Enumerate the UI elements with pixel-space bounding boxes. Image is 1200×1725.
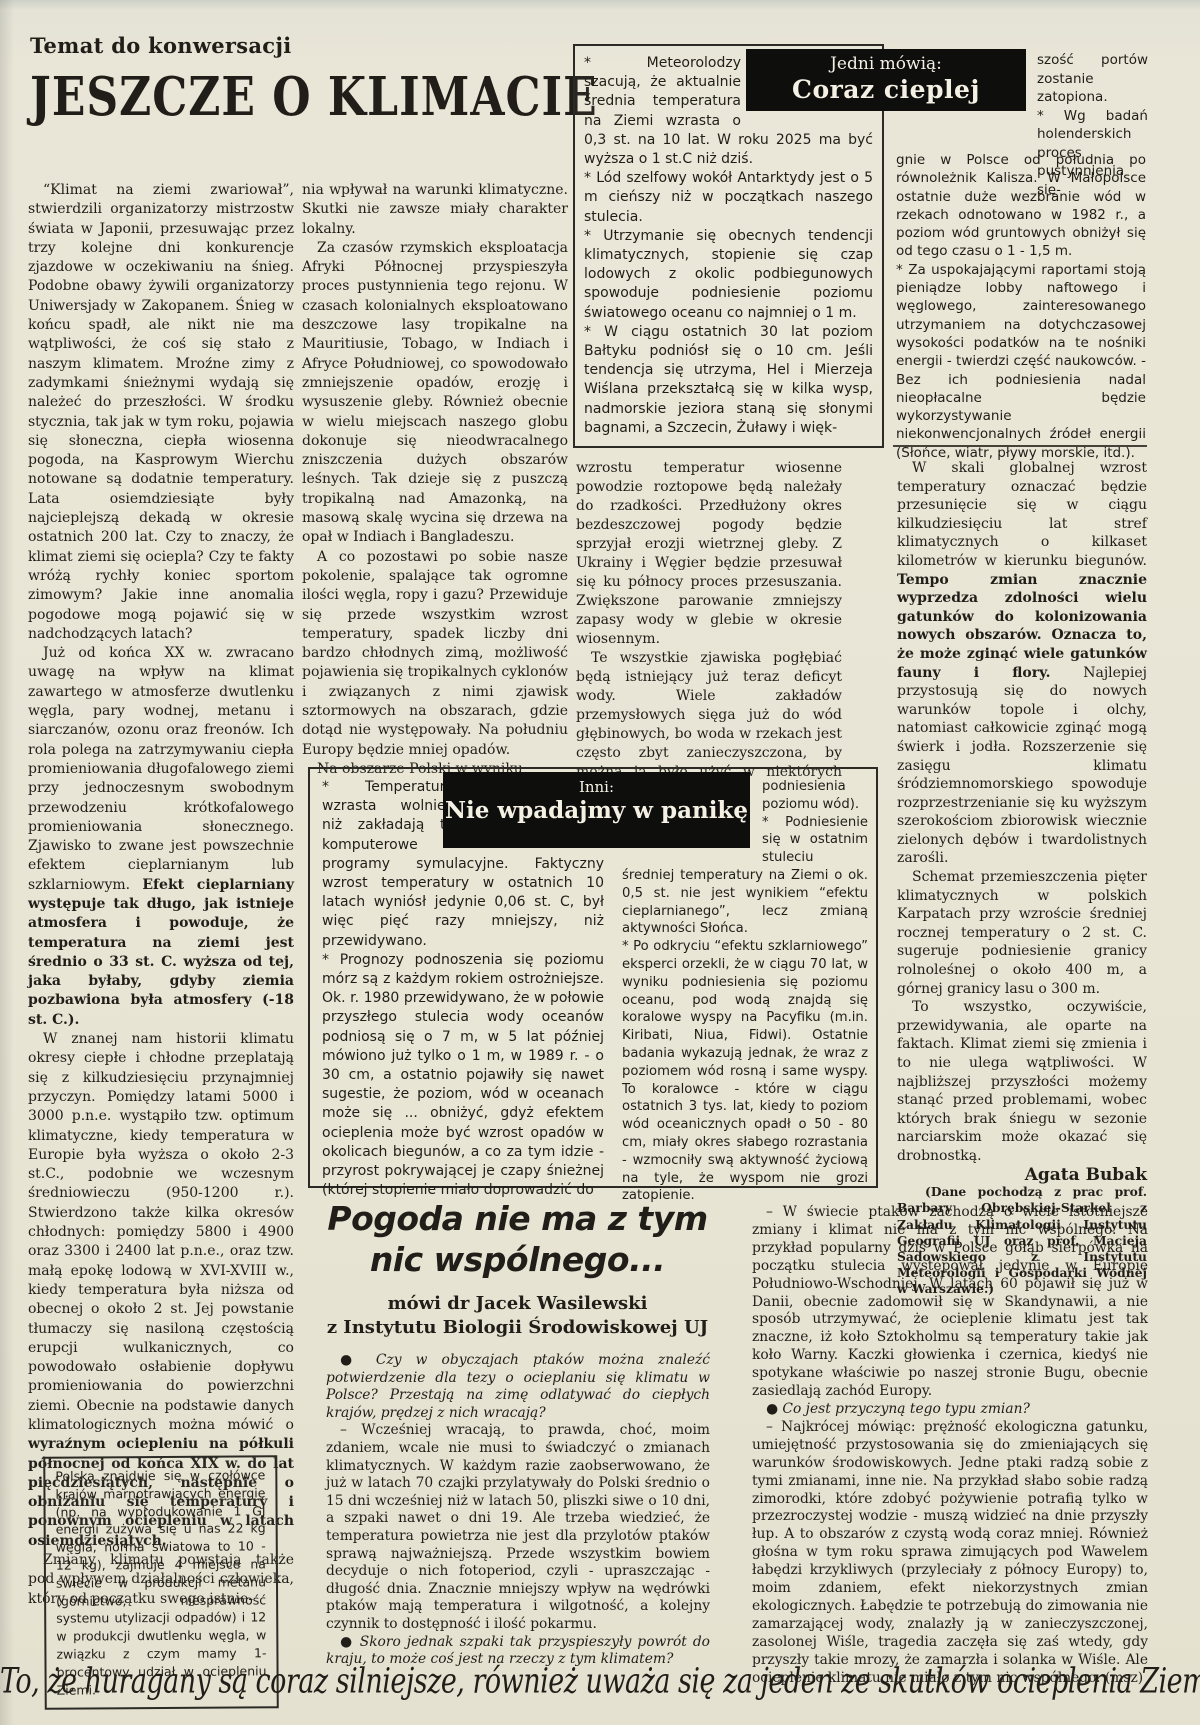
page-title: JESZCZE O KLIMACIE [30, 66, 535, 128]
article-paragraph: “Klimat na ziemi zwariował”, stwierdzili… [28, 181, 294, 644]
claims-continuation-wide: gnie w Polsce od południa po równoleżnik… [896, 151, 1146, 462]
interview-question: ● Czy w obyczajach ptaków można znaleźć … [326, 1352, 710, 1422]
author-byline: Agata Bubak [897, 1166, 1147, 1185]
article-column-3: wzrostu temperatur wiosenne powodzie roz… [576, 459, 842, 801]
claim-item: * Lód szelfowy wokół Antarktydy jest o 5… [584, 169, 873, 227]
article-paragraph: Schemat przemieszczenia pięter klimatycz… [897, 868, 1147, 998]
claim-item: * Po odkryciu “efektu szklarniowego” eks… [622, 938, 868, 1205]
box-header-title: Nie wpadajmy w panikę [443, 797, 750, 825]
interview-answer: – W świecie ptaków zachodzą o wiele isto… [752, 1204, 1148, 1401]
text-segment: W znanej nam historii klimatu okresy cie… [28, 1031, 294, 1433]
article-paragraph: nia wpływał na warunki klimatyczne. Skut… [302, 181, 568, 239]
text-segment-bold: Efekt cieplarniany występuje tak długo, … [28, 877, 294, 1028]
bottom-headline: To, że huragany są coraz silniejsze, rów… [0, 1662, 1200, 1702]
text-segment: W skali globalnej wzrost temperatury ozn… [897, 460, 1147, 569]
box-header-nie-wpadajmy: Inni: Nie wpadajmy w panikę [443, 772, 750, 848]
interview-answer: – Wcześniej wracają, to prawda, choć, mo… [326, 1422, 710, 1633]
newspaper-scan: { "page": { "kicker": "Temat do konwersa… [0, 0, 1200, 1725]
claim-item: szość portów zostanie zatopiona. [1037, 51, 1148, 107]
claim-item: * W ciągu ostatnich 30 lat poziom Bałtyk… [584, 323, 873, 438]
article-column-1: “Klimat na ziemi zwariował”, stwierdzili… [28, 181, 294, 1609]
interview-byline-line: z Instytutu Biologii Środowiskowej UJ [327, 1317, 708, 1338]
box-header-kicker: Inni: [443, 778, 750, 797]
claim-item: * Prognozy podnoszenia się poziomu mórz … [322, 951, 604, 1201]
interview-column-left: ● Czy w obyczajach ptaków można znaleźć … [326, 1352, 710, 1669]
article-column-4: W skali globalnej wzrost temperatury ozn… [897, 459, 1147, 1298]
interview-byline: mówi dr Jacek Wasilewski z Instytutu Bio… [325, 1292, 710, 1340]
interview-title-line: Pogoda nie ma z tym [327, 1199, 707, 1238]
claims-box-skeptics: * Temperatura wzrasta wolniej, niż zakła… [308, 767, 878, 1188]
article-column-2: nia wpływał na warunki klimatyczne. Skut… [302, 181, 568, 779]
scan-left-shadow [0, 0, 14, 1725]
article-paragraph: Już od końca XX w. zwracano uwagę na wpł… [28, 644, 294, 1030]
interview-answer: – Najkrócej mówiąc: prężność ekologiczna… [752, 1419, 1148, 1688]
article-paragraph: To wszystko, oczywiście, przewidywania, … [897, 998, 1147, 1165]
interview-title-line: nic wspólnego... [370, 1240, 665, 1279]
article-paragraph: A co pozostawi po sobie nasze pokolenie,… [302, 548, 568, 760]
article-paragraph: W skali globalnej wzrost temperatury ozn… [897, 459, 1147, 868]
box-header-coraz-cieplej: Jedni mówią: Coraz cieplej [746, 49, 1026, 111]
text-segment: Najlepiej przystosują się do nowych waru… [897, 665, 1147, 867]
article-paragraph: Za czasów rzymskich eksploatacja Afryki … [302, 239, 568, 548]
kicker: Temat do konwersacji [30, 33, 292, 58]
claims-box-warming-text: * Meteorolodzy szacują, że aktualnie śre… [584, 54, 873, 438]
box-header-title: Coraz cieplej [746, 75, 1026, 105]
claim-item: * Utrzymanie się obecnych tendencji klim… [584, 227, 873, 323]
interview-title: Pogoda nie ma z tym nic wspólnego... [325, 1198, 710, 1280]
scan-top-shadow [0, 0, 1200, 10]
claim-item: gnie w Polsce od południa po równoleżnik… [896, 151, 1146, 261]
article-paragraph: wzrostu temperatur wiosenne powodzie roz… [576, 459, 842, 649]
claim-item: * Za uspokajającymi raportami stoją pien… [896, 261, 1146, 462]
interview-question: ● Co jest przyczyną tego typu zmian? [752, 1401, 1148, 1419]
interview-column-right: – W świecie ptaków zachodzą o wiele isto… [752, 1204, 1148, 1687]
text-segment: Już od końca XX w. zwracano uwagę na wpł… [28, 645, 294, 893]
interview-byline-line: mówi dr Jacek Wasilewski [388, 1293, 648, 1314]
divider-rule [893, 445, 1147, 447]
box-header-kicker: Jedni mówią: [746, 54, 1026, 75]
